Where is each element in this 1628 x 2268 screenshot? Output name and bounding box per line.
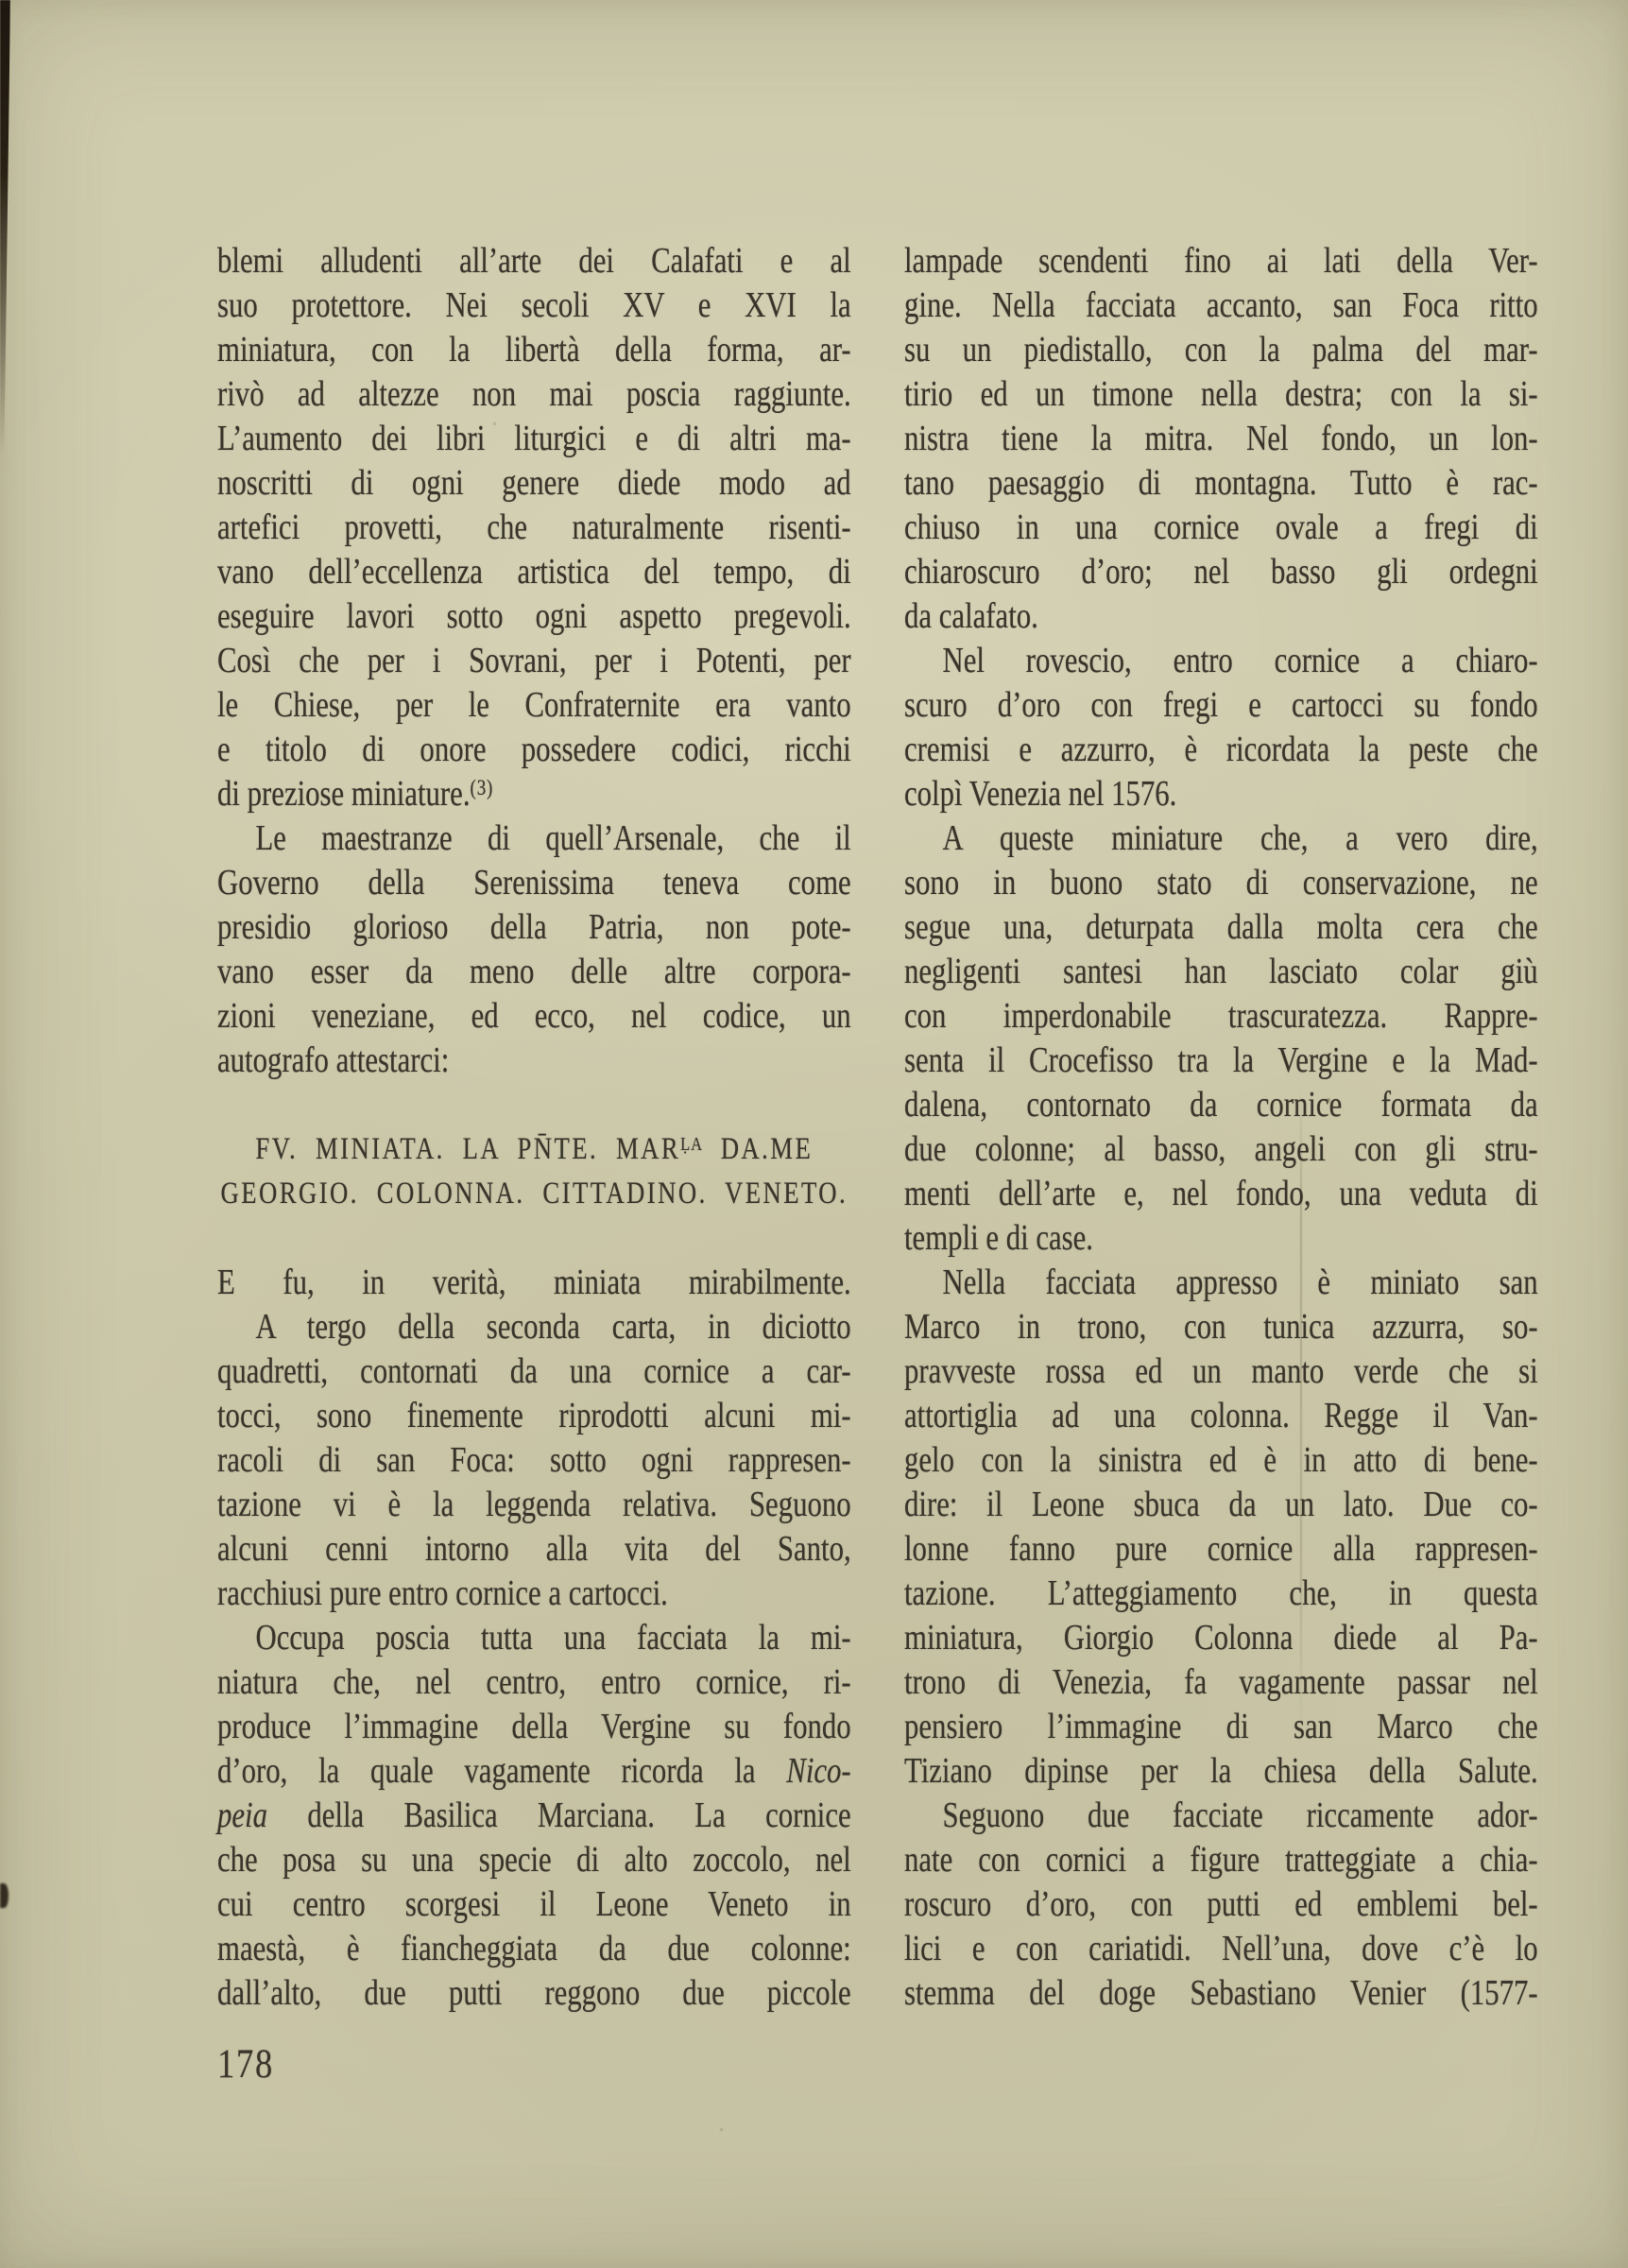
text-line: presidio glorioso della Patria, non pote… bbox=[217, 905, 851, 950]
text-line: Seguono due facciate riccamente ador- bbox=[904, 1794, 1538, 1838]
text-line: nistra tiene la mitra. Nel fondo, un lon… bbox=[904, 417, 1538, 461]
text-line: Occupa poscia tutta una facciata la mi- bbox=[217, 1616, 851, 1660]
text-line: L’aumento dei libri liturgici e di altri… bbox=[217, 417, 851, 461]
text-line: attortiglia ad una colonna. Regge il Van… bbox=[904, 1394, 1538, 1438]
text-line: scuro d’oro con fregi e cartocci su fond… bbox=[904, 683, 1538, 728]
text-line: templi e di case. bbox=[904, 1216, 1538, 1261]
text-line: eseguire lavori sotto ogni aspetto prege… bbox=[217, 594, 851, 639]
text-line: noscritti di ogni genere diede modo ad bbox=[217, 461, 851, 506]
text-line: lampade scendenti fino ai lati della Ver… bbox=[904, 239, 1538, 283]
text-line: tocci, sono finemente riprodotti alcuni … bbox=[217, 1394, 851, 1438]
text-line: autografo attestarci: bbox=[217, 1039, 851, 1083]
text-line: pensiero l’immagine di san Marco che bbox=[904, 1705, 1538, 1749]
text-line: maestà, è fiancheggiata da due colonne: bbox=[217, 1927, 851, 1971]
text-line: senta il Crocefisso tra la Vergine e la … bbox=[904, 1039, 1538, 1083]
page-number: 178 bbox=[217, 2041, 274, 2088]
blank-line bbox=[217, 1216, 851, 1261]
text-line: A tergo della seconda carta, in diciotto bbox=[217, 1305, 851, 1349]
paper-speck bbox=[720, 2128, 723, 2131]
right-text-column: lampade scendenti fino ai lati della Ver… bbox=[904, 239, 1538, 2016]
text-line: tazione vi è la leggenda relativa. Seguo… bbox=[217, 1483, 851, 1527]
inscription-line: FV. MINIATA. LA PN̄TE. MARḶA DA.ME bbox=[217, 1127, 851, 1172]
text-line: Marco in trono, con tunica azzurra, so- bbox=[904, 1305, 1538, 1349]
text-line: nate con cornici a figure tratteggiate a… bbox=[904, 1838, 1538, 1882]
text-line: segue una, deturpata dalla molta cera ch… bbox=[904, 905, 1538, 950]
text-line: Nel rovescio, entro cornice a chiaro- bbox=[904, 639, 1538, 683]
text-line: suo protettore. Nei secoli XV e XVI la bbox=[217, 283, 851, 328]
text-line: gine. Nella facciata accanto, san Foca r… bbox=[904, 283, 1538, 328]
text-line: chiaroscuro d’oro; nel basso gli ordegni bbox=[904, 550, 1538, 594]
text-line: vano esser da meno delle altre corpora- bbox=[217, 950, 851, 994]
inscription-line: GEORGIO. COLONNA. CITTADINO. VENETO. bbox=[217, 1172, 851, 1216]
left-text-column: blemi alludenti all’arte dei Calafati e … bbox=[217, 239, 851, 2016]
text-line: Così che per i Sovrani, per i Potenti, p… bbox=[217, 639, 851, 683]
text-line: le Chiese, per le Confraternite era vant… bbox=[217, 683, 851, 728]
text-line: menti dell’arte e, nel fondo, una veduta… bbox=[904, 1172, 1538, 1216]
text-line: miniatura, con la libertà della forma, a… bbox=[217, 328, 851, 372]
text-line: cui centro scorgesi il Leone Veneto in bbox=[217, 1882, 851, 1927]
text-line: lonne fanno pure cornice alla rappresen- bbox=[904, 1527, 1538, 1572]
text-line: E fu, in verità, miniata mirabilmente. bbox=[217, 1261, 851, 1305]
text-line: zioni veneziane, ed ecco, nel codice, un bbox=[217, 994, 851, 1039]
text-line: su un piedistallo, con la palma del mar- bbox=[904, 328, 1538, 372]
text-line: quadretti, contornati da una cornice a c… bbox=[217, 1349, 851, 1394]
text-line: d’oro, la quale vagamente ricorda la Nic… bbox=[217, 1749, 851, 1794]
text-line: tano paesaggio di montagna. Tutto è rac- bbox=[904, 461, 1538, 506]
text-line: gelo con la sinistra ed è in atto di ben… bbox=[904, 1438, 1538, 1483]
text-line: dall’alto, due putti reggono due piccole bbox=[217, 1971, 851, 2016]
text-line: e titolo di onore possedere codici, ricc… bbox=[217, 728, 851, 772]
text-line: chiuso in una cornice ovale a fregi di bbox=[904, 506, 1538, 550]
text-line: sono in buono stato di conservazione, ne bbox=[904, 861, 1538, 905]
text-line: produce l’immagine della Vergine su fond… bbox=[217, 1705, 851, 1749]
text-line: cremisi e azzurro, è ricordata la peste … bbox=[904, 728, 1538, 772]
text-line: da calafato. bbox=[904, 594, 1538, 639]
text-line: con imperdonabile trascuratezza. Rappre- bbox=[904, 994, 1538, 1039]
text-line: rivò ad altezze non mai poscia raggiunte… bbox=[217, 372, 851, 417]
text-line: di preziose miniature.(3) bbox=[217, 772, 851, 816]
text-line: peia della Basilica Marciana. La cornice bbox=[217, 1794, 851, 1838]
text-line: trono di Venezia, fa vagamente passar ne… bbox=[904, 1660, 1538, 1705]
text-line: stemma del doge Sebastiano Venier (1577- bbox=[904, 1971, 1538, 2016]
text-line: tirio ed un timone nella destra; con la … bbox=[904, 372, 1538, 417]
text-line: pravveste rossa ed un manto verde che si bbox=[904, 1349, 1538, 1394]
page-edge-mark bbox=[0, 1883, 9, 1908]
text-line: due colonne; al basso, angeli con gli st… bbox=[904, 1127, 1538, 1172]
text-line: dalena, contornato da cornice formata da bbox=[904, 1083, 1538, 1127]
text-line: che posa su una specie di alto zoccolo, … bbox=[217, 1838, 851, 1882]
text-line: vano dell’eccellenza artistica del tempo… bbox=[217, 550, 851, 594]
text-line: racoli di san Foca: sotto ogni rappresen… bbox=[217, 1438, 851, 1483]
text-line: racchiusi pure entro cornice a cartocci. bbox=[217, 1572, 851, 1616]
text-line: lici e con cariatidi. Nell’una, dove c’è… bbox=[904, 1927, 1538, 1971]
text-line: alcuni cenni intorno alla vita del Santo… bbox=[217, 1527, 851, 1572]
text-line: tazione. L’atteggiamento che, in questa bbox=[904, 1572, 1538, 1616]
text-line: negligenti santesi han lasciato colar gi… bbox=[904, 950, 1538, 994]
text-line: miniatura, Giorgio Colonna diede al Pa- bbox=[904, 1616, 1538, 1660]
page-edge-shadow bbox=[0, 0, 10, 454]
text-line: niatura che, nel centro, entro cornice, … bbox=[217, 1660, 851, 1705]
text-line: artefici provetti, che naturalmente rise… bbox=[217, 506, 851, 550]
blank-line bbox=[217, 1083, 851, 1127]
text-line: colpì Venezia nel 1576. bbox=[904, 772, 1538, 816]
text-line: dire: il Leone sbuca da un lato. Due co- bbox=[904, 1483, 1538, 1527]
text-line: A queste miniature che, a vero dire, bbox=[904, 816, 1538, 861]
text-line: roscuro d’oro, con putti ed emblemi bel- bbox=[904, 1882, 1538, 1927]
text-line: Governo della Serenissima teneva come bbox=[217, 861, 851, 905]
text-line: blemi alludenti all’arte dei Calafati e … bbox=[217, 239, 851, 283]
text-line: Le maestranze di quell’Arsenale, che il bbox=[217, 816, 851, 861]
text-line: Nella facciata appresso è miniato san bbox=[904, 1261, 1538, 1305]
text-line: Tiziano dipinse per la chiesa della Salu… bbox=[904, 1749, 1538, 1794]
